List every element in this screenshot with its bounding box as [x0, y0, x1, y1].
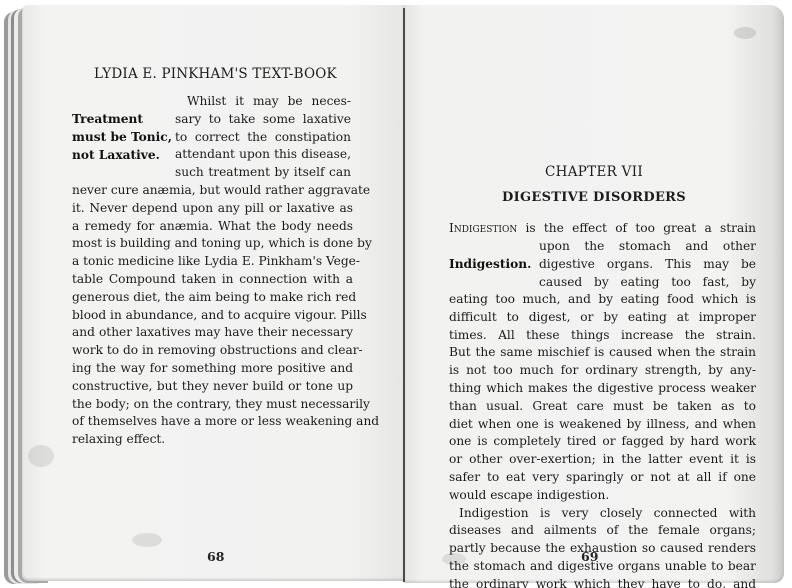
chapter-number: CHAPTER VII: [404, 164, 784, 180]
text-line: diseases and ailments of the female orga…: [449, 522, 756, 540]
text-line: upon the stomach and other: [539, 238, 756, 256]
text-line: ing the way for something more positive …: [72, 360, 353, 378]
right-first-line: Indigestion is the effect of too great a…: [449, 220, 756, 238]
text-line: table Compound taken in connection with …: [72, 271, 353, 289]
text-line: eating too much, and by eating food whic…: [449, 291, 756, 309]
text-line: times. All these things increase the str…: [449, 327, 756, 345]
text-line: most is building and toning up, which is…: [72, 235, 353, 253]
text-line: or other over-exertion; in the latter ev…: [449, 451, 756, 469]
stain: [28, 445, 54, 467]
text-line: Whilst it may be neces-: [175, 93, 351, 111]
text-line: difficult to digest, or by eating at imp…: [449, 309, 756, 327]
text-line: sary to take some laxative: [175, 111, 351, 129]
running-head: LYDIA E. PINKHAM'S TEXT-BOOK: [94, 66, 337, 82]
page-number-right: 69: [581, 549, 598, 564]
sidenote-indigestion: Indigestion.: [449, 256, 531, 274]
text-line: one is completely tired or fagged by har…: [449, 433, 756, 451]
sidenote-line: not Laxative.: [72, 147, 172, 165]
text-line: relaxing effect.: [72, 431, 353, 449]
text-line: Indigestion is very closely connected wi…: [449, 505, 756, 523]
text-line: would escape indigestion.: [449, 487, 756, 505]
text-line: diet when one is weakened by illness, an…: [449, 416, 756, 434]
chapter-title: DIGESTIVE DISORDERS: [404, 190, 784, 205]
text-line: partly because the exhaustion so caused …: [449, 540, 756, 558]
text-line: than usual. Great care must be taken as …: [449, 398, 756, 416]
text-line: a remedy for anæmia. What the body needs: [72, 218, 353, 236]
text-line: safer to eat very sparingly or not at al…: [449, 469, 756, 487]
right-body-text: eating too much, and by eating food whic…: [449, 291, 756, 588]
text-line: to correct the constipation: [175, 129, 351, 147]
text-line: the body; on the contrary, they must nec…: [72, 396, 353, 414]
right-indented-text: upon the stomach and other digestive org…: [539, 238, 756, 291]
text-fragment: is the effect of too great a strain: [517, 221, 756, 235]
text-line: the ordinary work which they have to do,…: [449, 576, 756, 588]
drop-word: Indigestion: [449, 221, 517, 235]
text-line: But the same mischief is caused when the…: [449, 344, 756, 362]
text-line: attendant upon this disease,: [175, 146, 351, 164]
text-line: digestive organs. This may be: [539, 256, 756, 274]
text-line: the stomach and digestive organs unable …: [449, 558, 756, 576]
text-line: Indigestion is the effect of too great a…: [449, 220, 756, 238]
text-line: blood in abundance, and to acquire vigou…: [72, 307, 353, 325]
sidenote-line: must be Tonic,: [72, 129, 172, 147]
book-gutter: [403, 8, 405, 582]
page-number-left: 68: [207, 549, 224, 564]
text-line: such treatment by itself can: [175, 164, 351, 182]
text-line: it. Never depend upon any pill or laxati…: [72, 200, 353, 218]
text-line: generous diet, the aim being to make ric…: [72, 289, 353, 307]
stain: [734, 27, 756, 39]
sidenote-treatment: Treatment must be Tonic, not Laxative.: [72, 111, 172, 164]
text-line: constructive, but they never build or to…: [72, 378, 353, 396]
text-line: thing which makes the digestive process …: [449, 380, 756, 398]
text-line: a tonic medicine like Lydia E. Pinkham's…: [72, 253, 353, 271]
text-line: of themselves have a more or less weaken…: [72, 413, 353, 431]
stain: [132, 533, 162, 547]
text-line: never cure anæmia, but would rather aggr…: [72, 182, 353, 200]
open-book: LYDIA E. PINKHAM'S TEXT-BOOK Treatment m…: [0, 0, 792, 588]
text-line: is not too much for ordinary strength, b…: [449, 362, 756, 380]
text-line: caused by eating too fast, by: [539, 274, 756, 292]
left-indented-text: Whilst it may be neces- sary to take som…: [175, 93, 351, 182]
left-body-text: never cure anæmia, but would rather aggr…: [72, 182, 353, 449]
text-line: work to do in removing obstructions and …: [72, 342, 353, 360]
sidenote-line: Treatment: [72, 111, 172, 129]
text-line: and other laxatives may have their neces…: [72, 324, 353, 342]
